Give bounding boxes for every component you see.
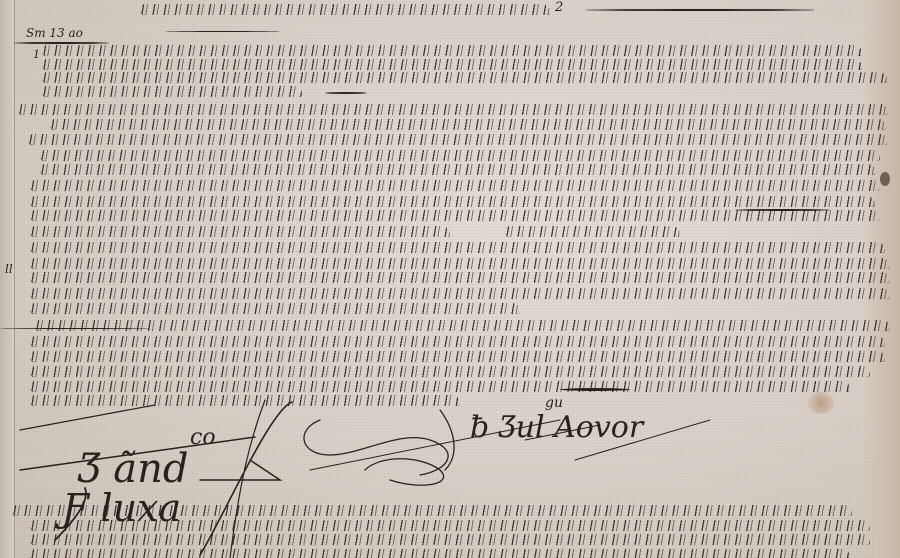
text-line [40,164,876,175]
paragraph-mark: 1 [33,48,40,61]
text-line [30,180,880,191]
text-line [42,86,302,97]
text-line [30,210,880,221]
text-line [35,320,890,331]
signature-superscript-right: gu [545,395,563,411]
margin-heading: Sm 13 ao [26,26,83,40]
text-line [28,134,888,145]
text-line [30,258,890,269]
text-line [30,242,885,253]
line-flourish [325,92,367,94]
signature-party: ƀ Ʒul Aovor [470,410,643,445]
signature-superscript: co [190,425,216,450]
text-line [30,288,890,299]
text-line [30,366,870,377]
text-line [42,59,862,70]
text-line [30,351,885,362]
line-flourish [560,388,630,391]
heading-underline [14,42,109,44]
text-line [12,505,852,516]
page-number: 2 [555,0,563,15]
text-line [42,72,887,83]
text-line [30,395,460,406]
text-line [30,303,520,314]
manuscript-page: 2 Sm 13 ao 1 ll co Ʒ ãnd Ƒ luxa gu ƀ Ʒul… [0,0,900,558]
paragraph-mark: ll [5,262,13,276]
line-flourish [585,9,815,11]
text-line [30,336,885,347]
text-line [30,381,850,392]
text-line [18,104,888,115]
heading-rule [165,31,280,32]
paper-stain [808,392,834,414]
text-line [30,520,870,531]
text-line [30,549,850,558]
text-line [50,119,886,130]
text-line [140,4,550,15]
text-line [30,196,875,207]
text-line [40,150,880,161]
text-line [30,534,870,545]
text-line [30,272,890,283]
ink-blot [880,172,890,186]
line-flourish [735,209,830,211]
text-line [505,226,680,237]
text-line [30,226,450,237]
binding-edge [0,0,15,558]
text-line [42,45,862,56]
